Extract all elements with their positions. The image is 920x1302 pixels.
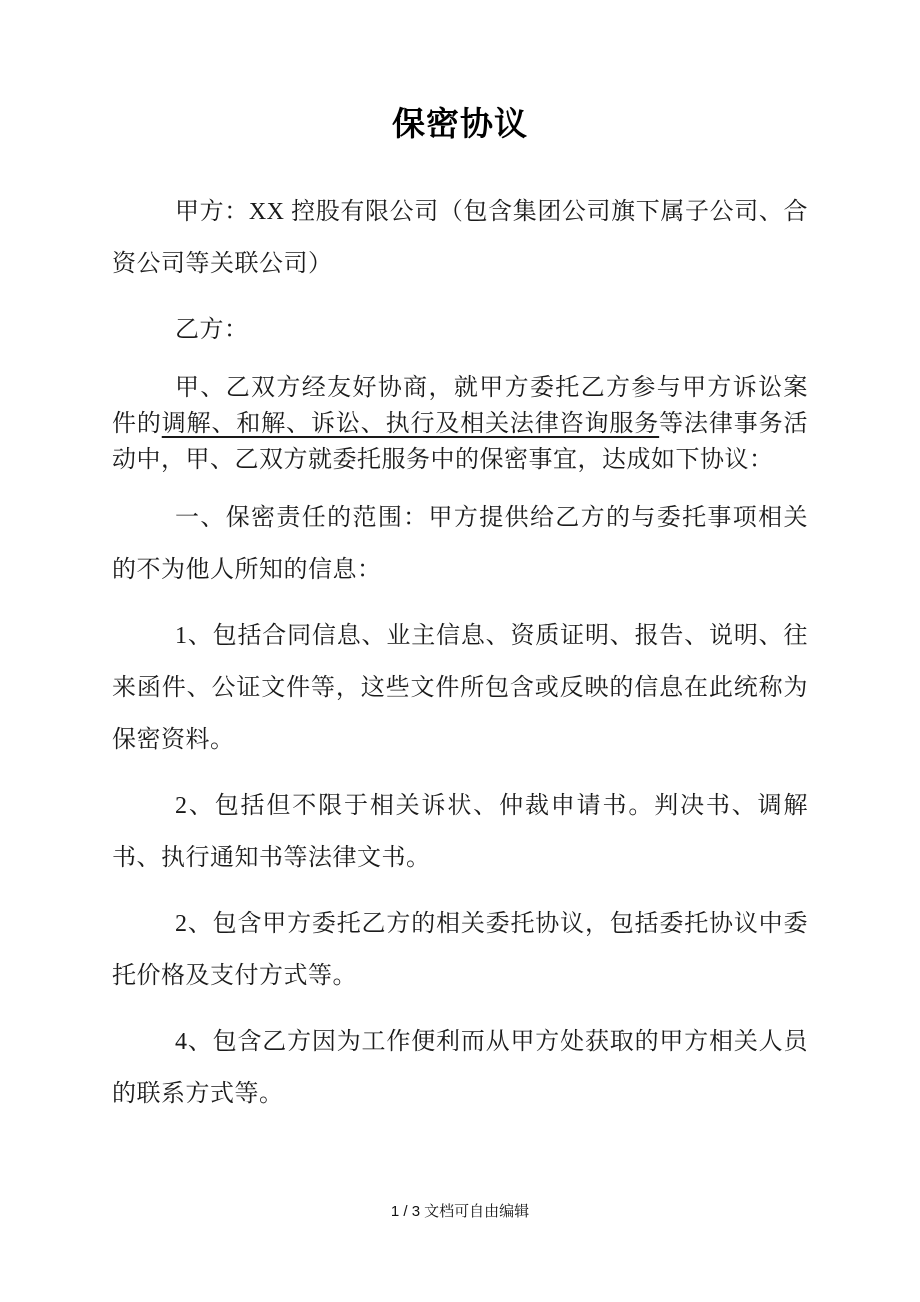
- document-content: 保密协议 甲方：XX 控股有限公司（包含集团公司旗下属子公司、合资公司等关联公司…: [0, 0, 920, 1120]
- list-item-3: 2、包含甲方委托乙方的相关委托协议，包括委托协议中委托价格及支付方式等。: [112, 898, 808, 1002]
- document-page: 保密协议 甲方：XX 控股有限公司（包含集团公司旗下属子公司、合资公司等关联公司…: [0, 0, 920, 1302]
- preamble-paragraph: 甲、乙双方经友好协商，就甲方委托乙方参与甲方诉讼案件的调解、和解、诉讼、执行及相…: [112, 370, 808, 478]
- list-item-1: 1、包括合同信息、业主信息、资质证明、报告、说明、往来函件、公证文件等，这些文件…: [112, 610, 808, 766]
- list-item-4: 4、包含乙方因为工作便利而从甲方处获取的甲方相关人员的联系方式等。: [112, 1016, 808, 1120]
- list-item-2: 2、包括但不限于相关诉状、仲裁申请书。判决书、调解书、执行通知书等法律文书。: [112, 780, 808, 884]
- footer-note: 文档可自由编辑: [424, 1203, 529, 1220]
- page-footer: 1 / 3文档可自由编辑: [0, 1202, 920, 1222]
- section-one-heading: 一、保密责任的范围：甲方提供给乙方的与委托事项相关的不为他人所知的信息：: [112, 492, 808, 596]
- party-a-line: 甲方：XX 控股有限公司（包含集团公司旗下属子公司、合资公司等关联公司）: [112, 186, 808, 290]
- page-number: 1 / 3: [391, 1203, 420, 1220]
- document-title: 保密协议: [112, 104, 808, 144]
- party-b-line: 乙方：: [112, 304, 808, 356]
- preamble-underlined-clause: 调解、和解、诉讼、执行及相关法律咨询服务: [162, 411, 659, 437]
